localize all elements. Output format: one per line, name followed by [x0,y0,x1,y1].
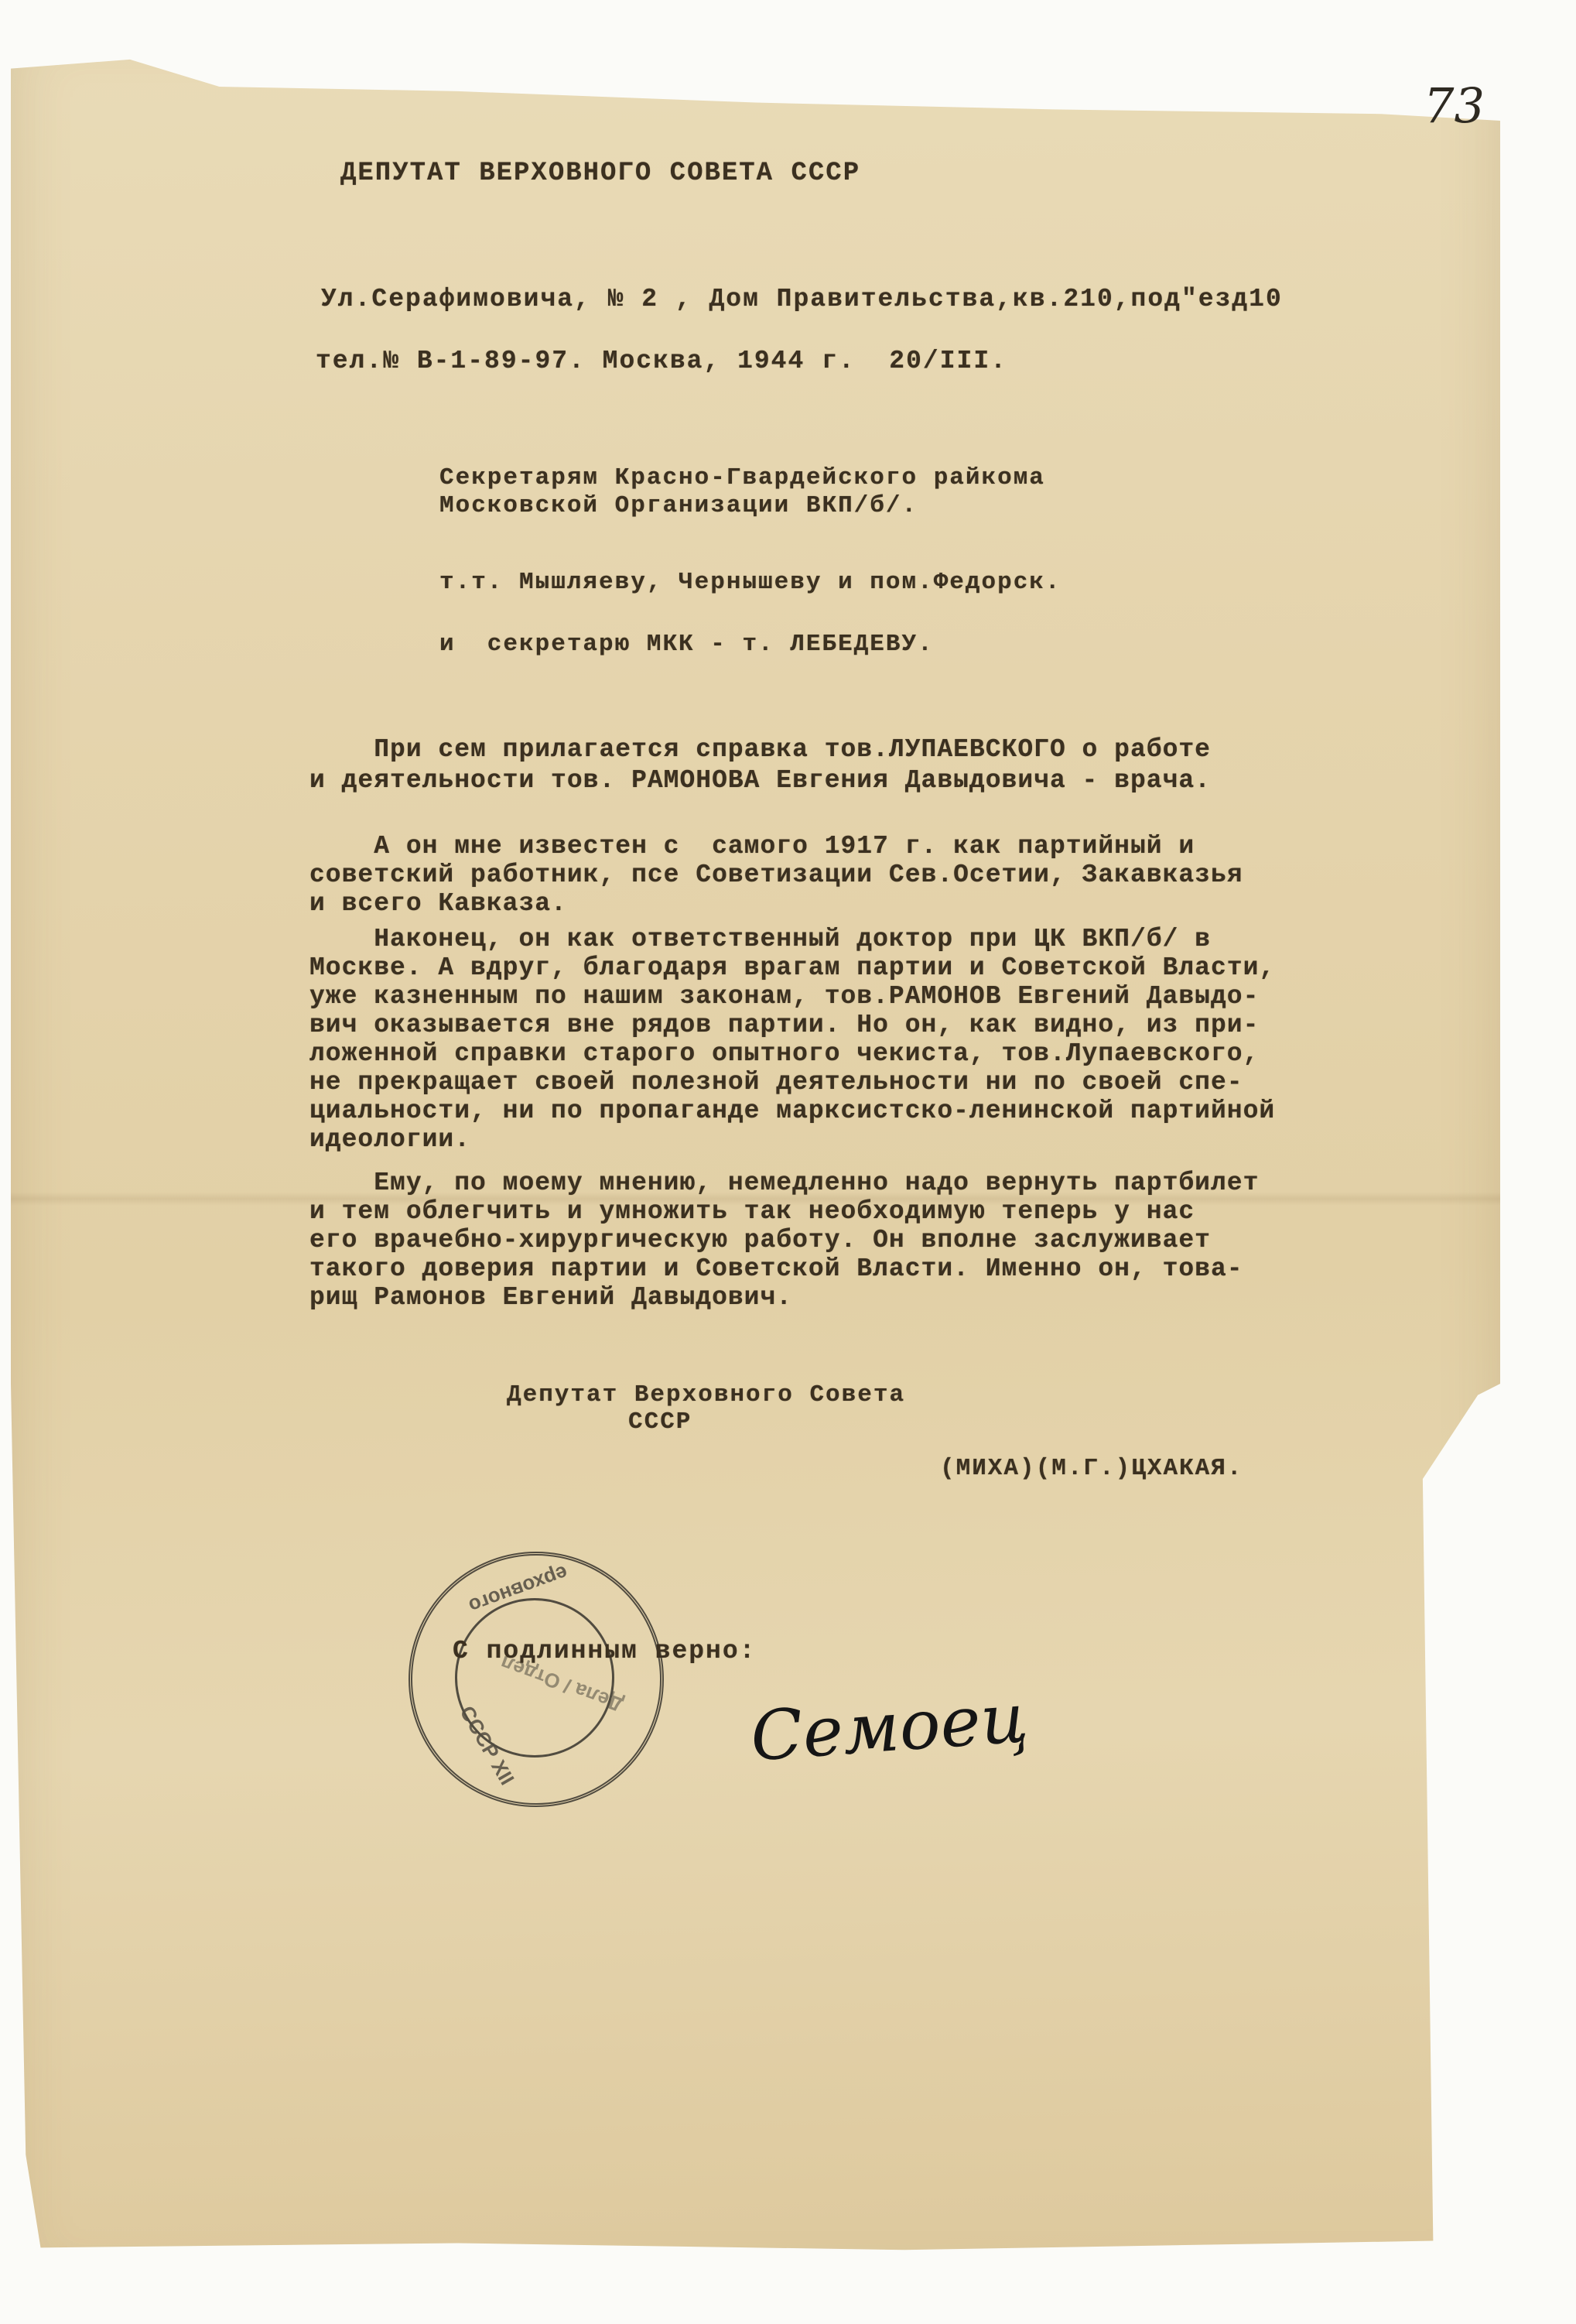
body-line: и всего Кавказа. [309,889,567,918]
recipient-line: т.т. Мышляеву, Чернышеву и пом.Федорск. [439,569,1061,596]
signer-name: (МИХА)(М.Г.)ЦХАКАЯ. [940,1455,1243,1482]
body-line: ложенной справки старого опытного чекист… [309,1039,1259,1068]
body-line: не прекращает своей полезной деятельност… [309,1068,1243,1097]
body-line: уже казненным по нашим законам, тов.РАМО… [309,982,1259,1011]
body-line: такого доверия партии и Советской Власти… [309,1254,1243,1283]
page-number: 73 [1424,77,1485,134]
body-line: советский работник, псе Советизации Сев.… [309,861,1243,889]
body-line: При сем прилагается справка тов.ЛУПАЕВСК… [309,735,1211,764]
address-line-2: тел.№ В-1-89-97. Москва, 1944 г. 20/III. [316,347,1007,375]
body-line: идеологии. [309,1125,470,1154]
body-line: и тем облегчить и умножить так необходим… [309,1197,1195,1226]
body-line: Москве. А вдруг, благодаря врагам партии… [309,953,1275,982]
official-stamp: ерховного СССР ХII Дела / Отдел [409,1552,664,1807]
recipient-line: и секретарю МКК - т. ЛЕБЕДЕВУ. [439,631,934,658]
signer-title: Депутат Верховного Совета [507,1381,905,1408]
body-line: циальности, ни по пропаганде марксистско… [309,1097,1275,1125]
body-line: рищ Рамонов Евгений Давыдович. [309,1283,792,1312]
letterhead: ДЕПУТАТ ВЕРХОВНОГО СОВЕТА СССР [340,159,860,188]
body-line: вич оказывается вне рядов партии. Но он,… [309,1011,1259,1039]
body-line: и деятельности тов. РАМОНОВА Евгения Дав… [309,766,1211,795]
body-line: Ему, по моему мнению, немедленно надо ве… [309,1169,1259,1197]
body-line: А он мне известен с самого 1917 г. как п… [309,832,1195,861]
body-line: его врачебно-хирургическую работу. Он вп… [309,1226,1211,1254]
signer-title-country: СССР [628,1408,692,1436]
body-line: Наконец, он как ответственный доктор при… [309,925,1211,953]
address-line-1: Ул.Серафимовича, № 2 , Дом Правительства… [321,285,1283,313]
recipient-line: Московской Организации ВКП/б/. [439,492,918,519]
recipient-line: Секретарям Красно-Гвардейского райкома [439,464,1045,491]
certification-label: С подлинным верно: [453,1637,756,1665]
